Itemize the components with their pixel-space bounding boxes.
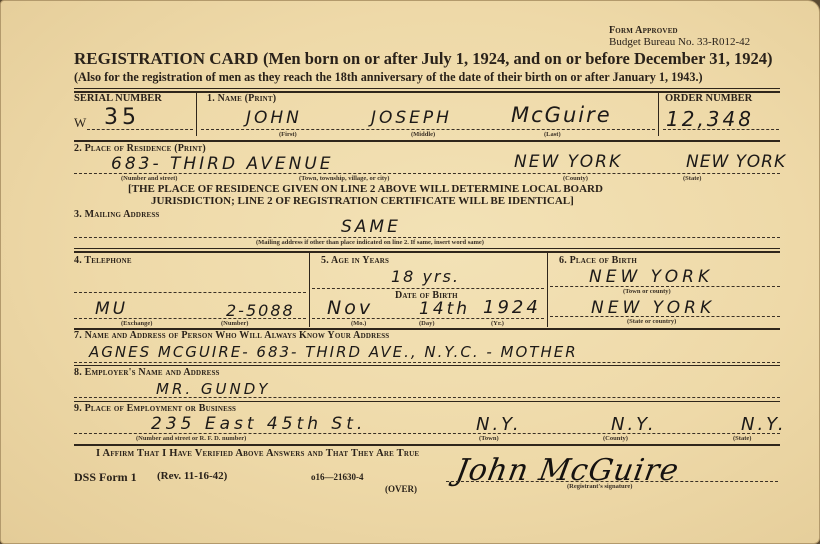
name-last: McGuire bbox=[511, 103, 612, 127]
telephone-exchange: Mu bbox=[95, 299, 128, 319]
form-id: DSS Form 1 bbox=[74, 470, 137, 485]
employment-town: N.Y. bbox=[476, 414, 522, 435]
telephone-label: 4. Telephone bbox=[74, 255, 132, 266]
employment-street: 235 East 45th St. bbox=[151, 414, 366, 434]
employment-state: N.Y. bbox=[741, 414, 787, 435]
month-caption: (Mo.) bbox=[351, 320, 366, 327]
birthplace-state: New York bbox=[591, 298, 715, 318]
budget-bureau-number: Budget Bureau No. 33-R012-42 bbox=[609, 36, 750, 48]
affirmation-text: I Affirm That I Have Verified Above Answ… bbox=[96, 448, 419, 459]
employment-county-caption: (County) bbox=[603, 435, 628, 442]
card-title: REGISTRATION CARD bbox=[74, 49, 258, 69]
mailing-address-label: 3. Mailing Address bbox=[74, 209, 160, 220]
order-number-label: ORDER NUMBER bbox=[665, 93, 752, 104]
birthplace-town: New York bbox=[589, 267, 713, 287]
birth-month: Nov bbox=[327, 297, 373, 319]
residence-state: New York bbox=[686, 152, 786, 172]
contact-person-value: Agnes McGuire- 683- Third Ave., N.Y.C. -… bbox=[89, 343, 578, 361]
serial-number-label: SERIAL NUMBER bbox=[74, 93, 162, 104]
over-label: (OVER) bbox=[385, 484, 417, 494]
mailing-address-caption: (Mailing address if other than place ind… bbox=[256, 239, 484, 246]
employment-county: N.Y. bbox=[611, 414, 657, 435]
birth-year: 1924 bbox=[483, 297, 541, 318]
middle-caption: (Middle) bbox=[411, 131, 435, 138]
card-subtitle: (Also for the registration of men as the… bbox=[74, 70, 703, 85]
residence-state-caption: (State) bbox=[683, 175, 701, 182]
employment-town-caption: (Town) bbox=[479, 435, 499, 442]
residence-county: New York bbox=[514, 152, 622, 172]
number-caption: (Number) bbox=[221, 320, 248, 327]
residence-street: 683- Third Avenue bbox=[111, 154, 334, 174]
employer-value: Mr. Gundy bbox=[156, 380, 270, 398]
age-label: 5. Age in Years bbox=[321, 255, 389, 266]
residence-notice-line2: JURISDICTION; LINE 2 OF REGISTRATION CER… bbox=[151, 195, 574, 207]
day-caption: (Day) bbox=[419, 320, 435, 327]
name-label: 1. Name (Print) bbox=[207, 93, 276, 104]
registration-card: Form Approved Budget Bureau No. 33-R012-… bbox=[0, 0, 820, 544]
birth-day: 14th bbox=[419, 299, 470, 319]
order-number-value: 12,348 bbox=[666, 107, 754, 131]
first-caption: (First) bbox=[279, 131, 297, 138]
age-value: 18 yrs. bbox=[391, 267, 460, 286]
signature-caption: (Registrant's signature) bbox=[567, 483, 632, 490]
residence-county-caption: (County) bbox=[563, 175, 588, 182]
card-title-note: (Men born on or after July 1, 1924, and … bbox=[263, 49, 772, 69]
employment-street-caption: (Number and street or R. F. D. number) bbox=[136, 435, 246, 442]
year-caption: (Yr.) bbox=[491, 320, 504, 327]
serial-prefix: W bbox=[74, 115, 86, 131]
residence-notice-line1: [THE PLACE OF RESIDENCE GIVEN ON LINE 2 … bbox=[128, 183, 603, 195]
employment-state-caption: (State) bbox=[733, 435, 751, 442]
birthplace-state-caption: (State or country) bbox=[627, 318, 676, 325]
residence-street-caption: (Number and street) bbox=[121, 175, 177, 182]
form-approved-label: Form Approved bbox=[609, 25, 678, 36]
name-middle: Joseph bbox=[371, 108, 452, 128]
print-code: o16—21630-4 bbox=[311, 472, 364, 482]
residence-label: 2. Place of Residence (Print) bbox=[74, 143, 206, 154]
residence-town-caption: (Town, township, village, or city) bbox=[299, 175, 389, 182]
serial-number-value: 35 bbox=[104, 105, 140, 130]
birthplace-town-caption: (Town or county) bbox=[623, 288, 671, 295]
last-caption: (Last) bbox=[544, 131, 561, 138]
exchange-caption: (Exchange) bbox=[121, 320, 152, 327]
name-first: John bbox=[246, 108, 302, 128]
mailing-address-value: Same bbox=[341, 217, 401, 237]
contact-person-label: 7. Name and Address of Person Who Will A… bbox=[74, 330, 389, 341]
employment-label: 9. Place of Employment or Business bbox=[74, 403, 236, 414]
birthplace-label: 6. Place of Birth bbox=[559, 255, 637, 266]
employer-label: 8. Employer's Name and Address bbox=[74, 367, 220, 378]
form-revision: (Rev. 11-16-42) bbox=[157, 470, 227, 482]
